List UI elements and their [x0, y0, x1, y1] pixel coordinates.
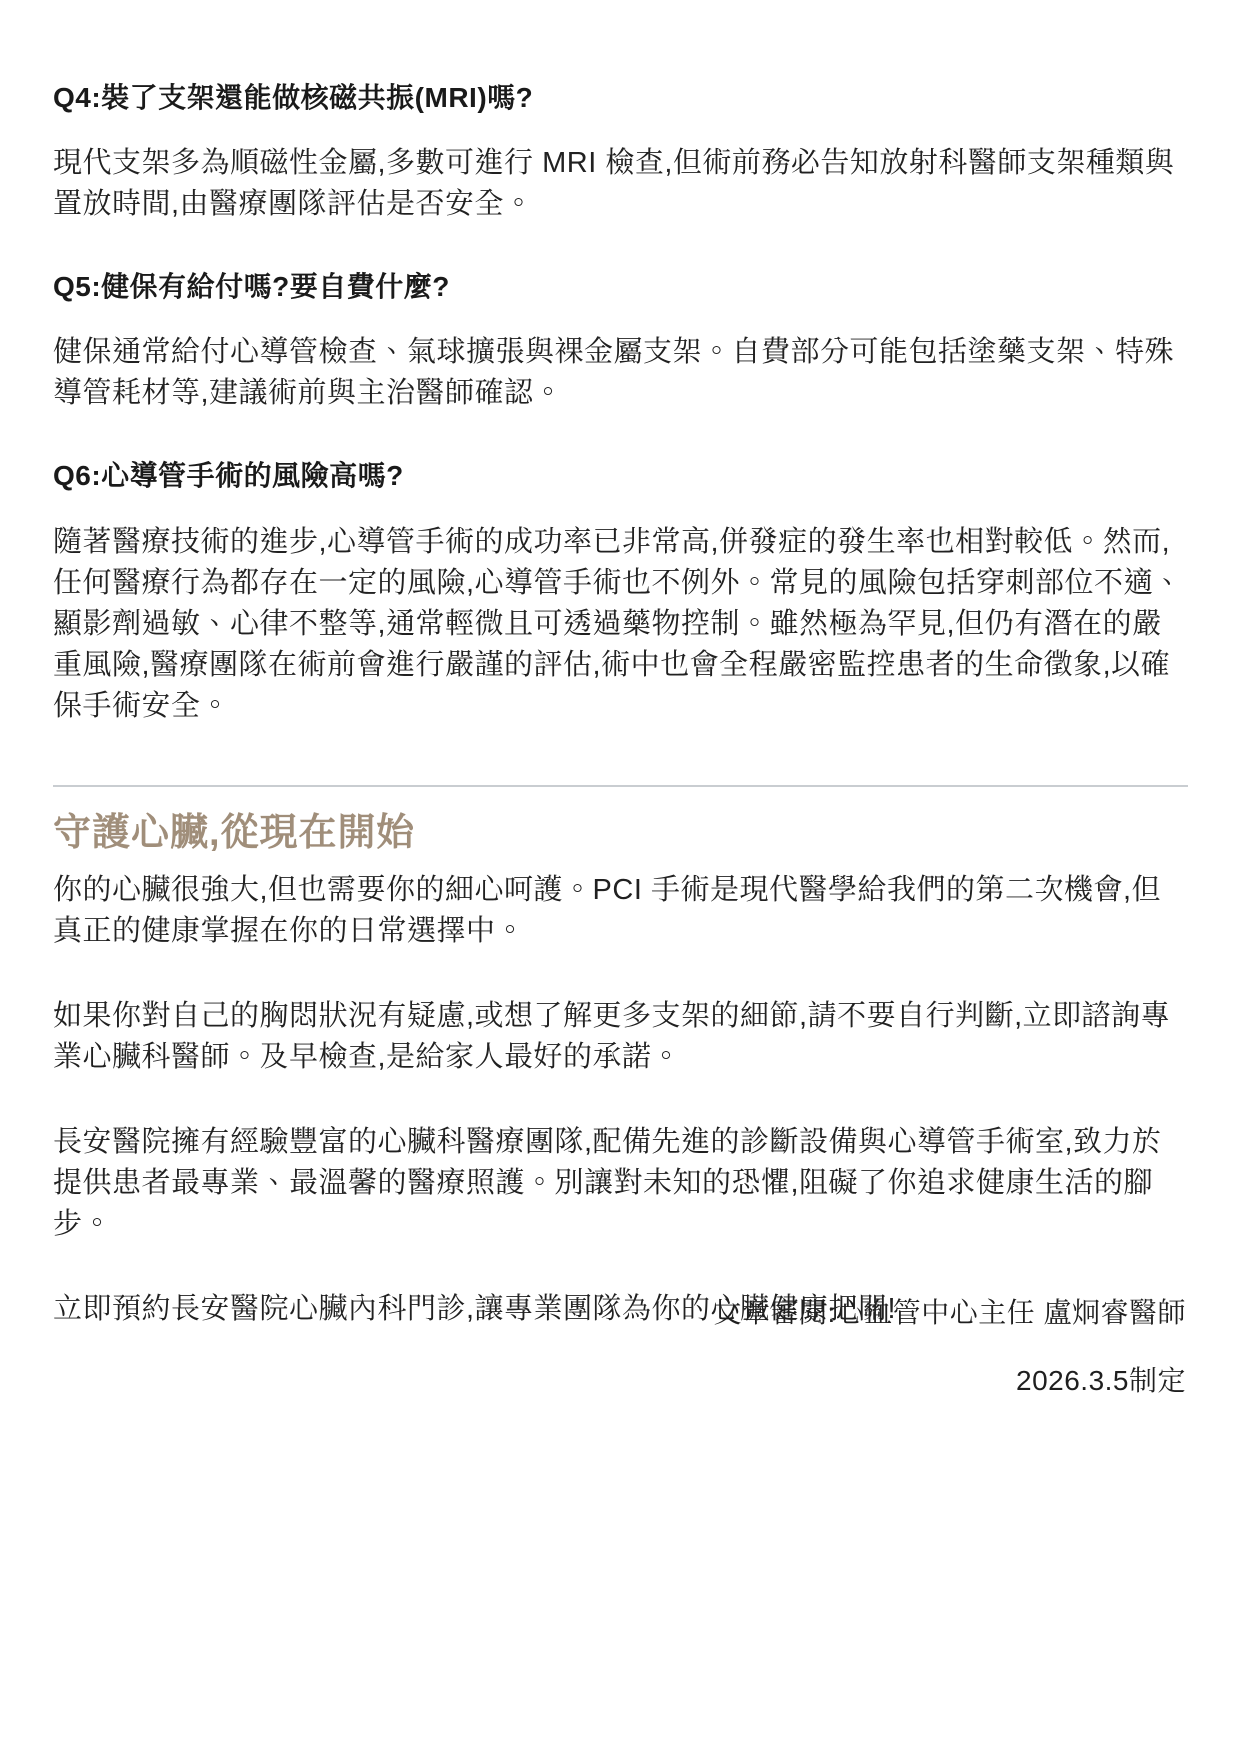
faq-answer-q6: 隨著醫療技術的進步,心導管手術的成功率已非常高,併發症的發生率也相對較低。然而,… [53, 522, 1188, 727]
closing-paragraph-1: 你的心臟很強大,但也需要你的細心呵護。PCI 手術是現代醫學給我們的第二次機會,… [53, 870, 1188, 952]
faq-item-q4: Q4:裝了支架還能做核磁共振(MRI)嗎? 現代支架多為順磁性金屬,多數可進行 … [53, 78, 1188, 225]
section-divider [53, 785, 1188, 787]
closing-heading: 守護心臟,從現在開始 [53, 809, 1188, 858]
closing-paragraph-2: 如果你對自己的胸悶狀況有疑慮,或想了解更多支架的細節,請不要自行判斷,立即諮詢專… [53, 996, 1188, 1078]
review-credit-line: 文章審閱:心血管中心主任 盧炯睿醫師 [713, 1294, 1186, 1332]
closing-section: 守護心臟,從現在開始 你的心臟很強大,但也需要你的細心呵護。PCI 手術是現代醫… [53, 809, 1188, 1330]
faq-question-q6: Q6:心導管手術的風險高嗎? [53, 456, 1188, 495]
faq-item-q5: Q5:健保有給付嗎?要自費什麼? 健保通常給付心導管檢查、氣球擴張與裸金屬支架。… [53, 267, 1188, 414]
article-footer: 文章審閱:心血管中心主任 盧炯睿醫師 2026.3.5制定 [713, 1294, 1186, 1400]
article-page: Q4:裝了支架還能做核磁共振(MRI)嗎? 現代支架多為順磁性金屬,多數可進行 … [0, 0, 1241, 1755]
faq-answer-q5: 健保通常給付心導管檢查、氣球擴張與裸金屬支架。自費部分可能包括塗藥支架、特殊導管… [53, 332, 1188, 414]
publication-date-line: 2026.3.5制定 [713, 1362, 1186, 1400]
faq-item-q6: Q6:心導管手術的風險高嗎? 隨著醫療技術的進步,心導管手術的成功率已非常高,併… [53, 456, 1188, 726]
faq-answer-q4: 現代支架多為順磁性金屬,多數可進行 MRI 檢查,但術前務必告知放射科醫師支架種… [53, 143, 1188, 225]
faq-question-q5: Q5:健保有給付嗎?要自費什麼? [53, 267, 1188, 306]
faq-question-q4: Q4:裝了支架還能做核磁共振(MRI)嗎? [53, 78, 1188, 117]
closing-paragraph-3: 長安醫院擁有經驗豐富的心臟科醫療團隊,配備先進的診斷設備與心導管手術室,致力於提… [53, 1122, 1188, 1245]
